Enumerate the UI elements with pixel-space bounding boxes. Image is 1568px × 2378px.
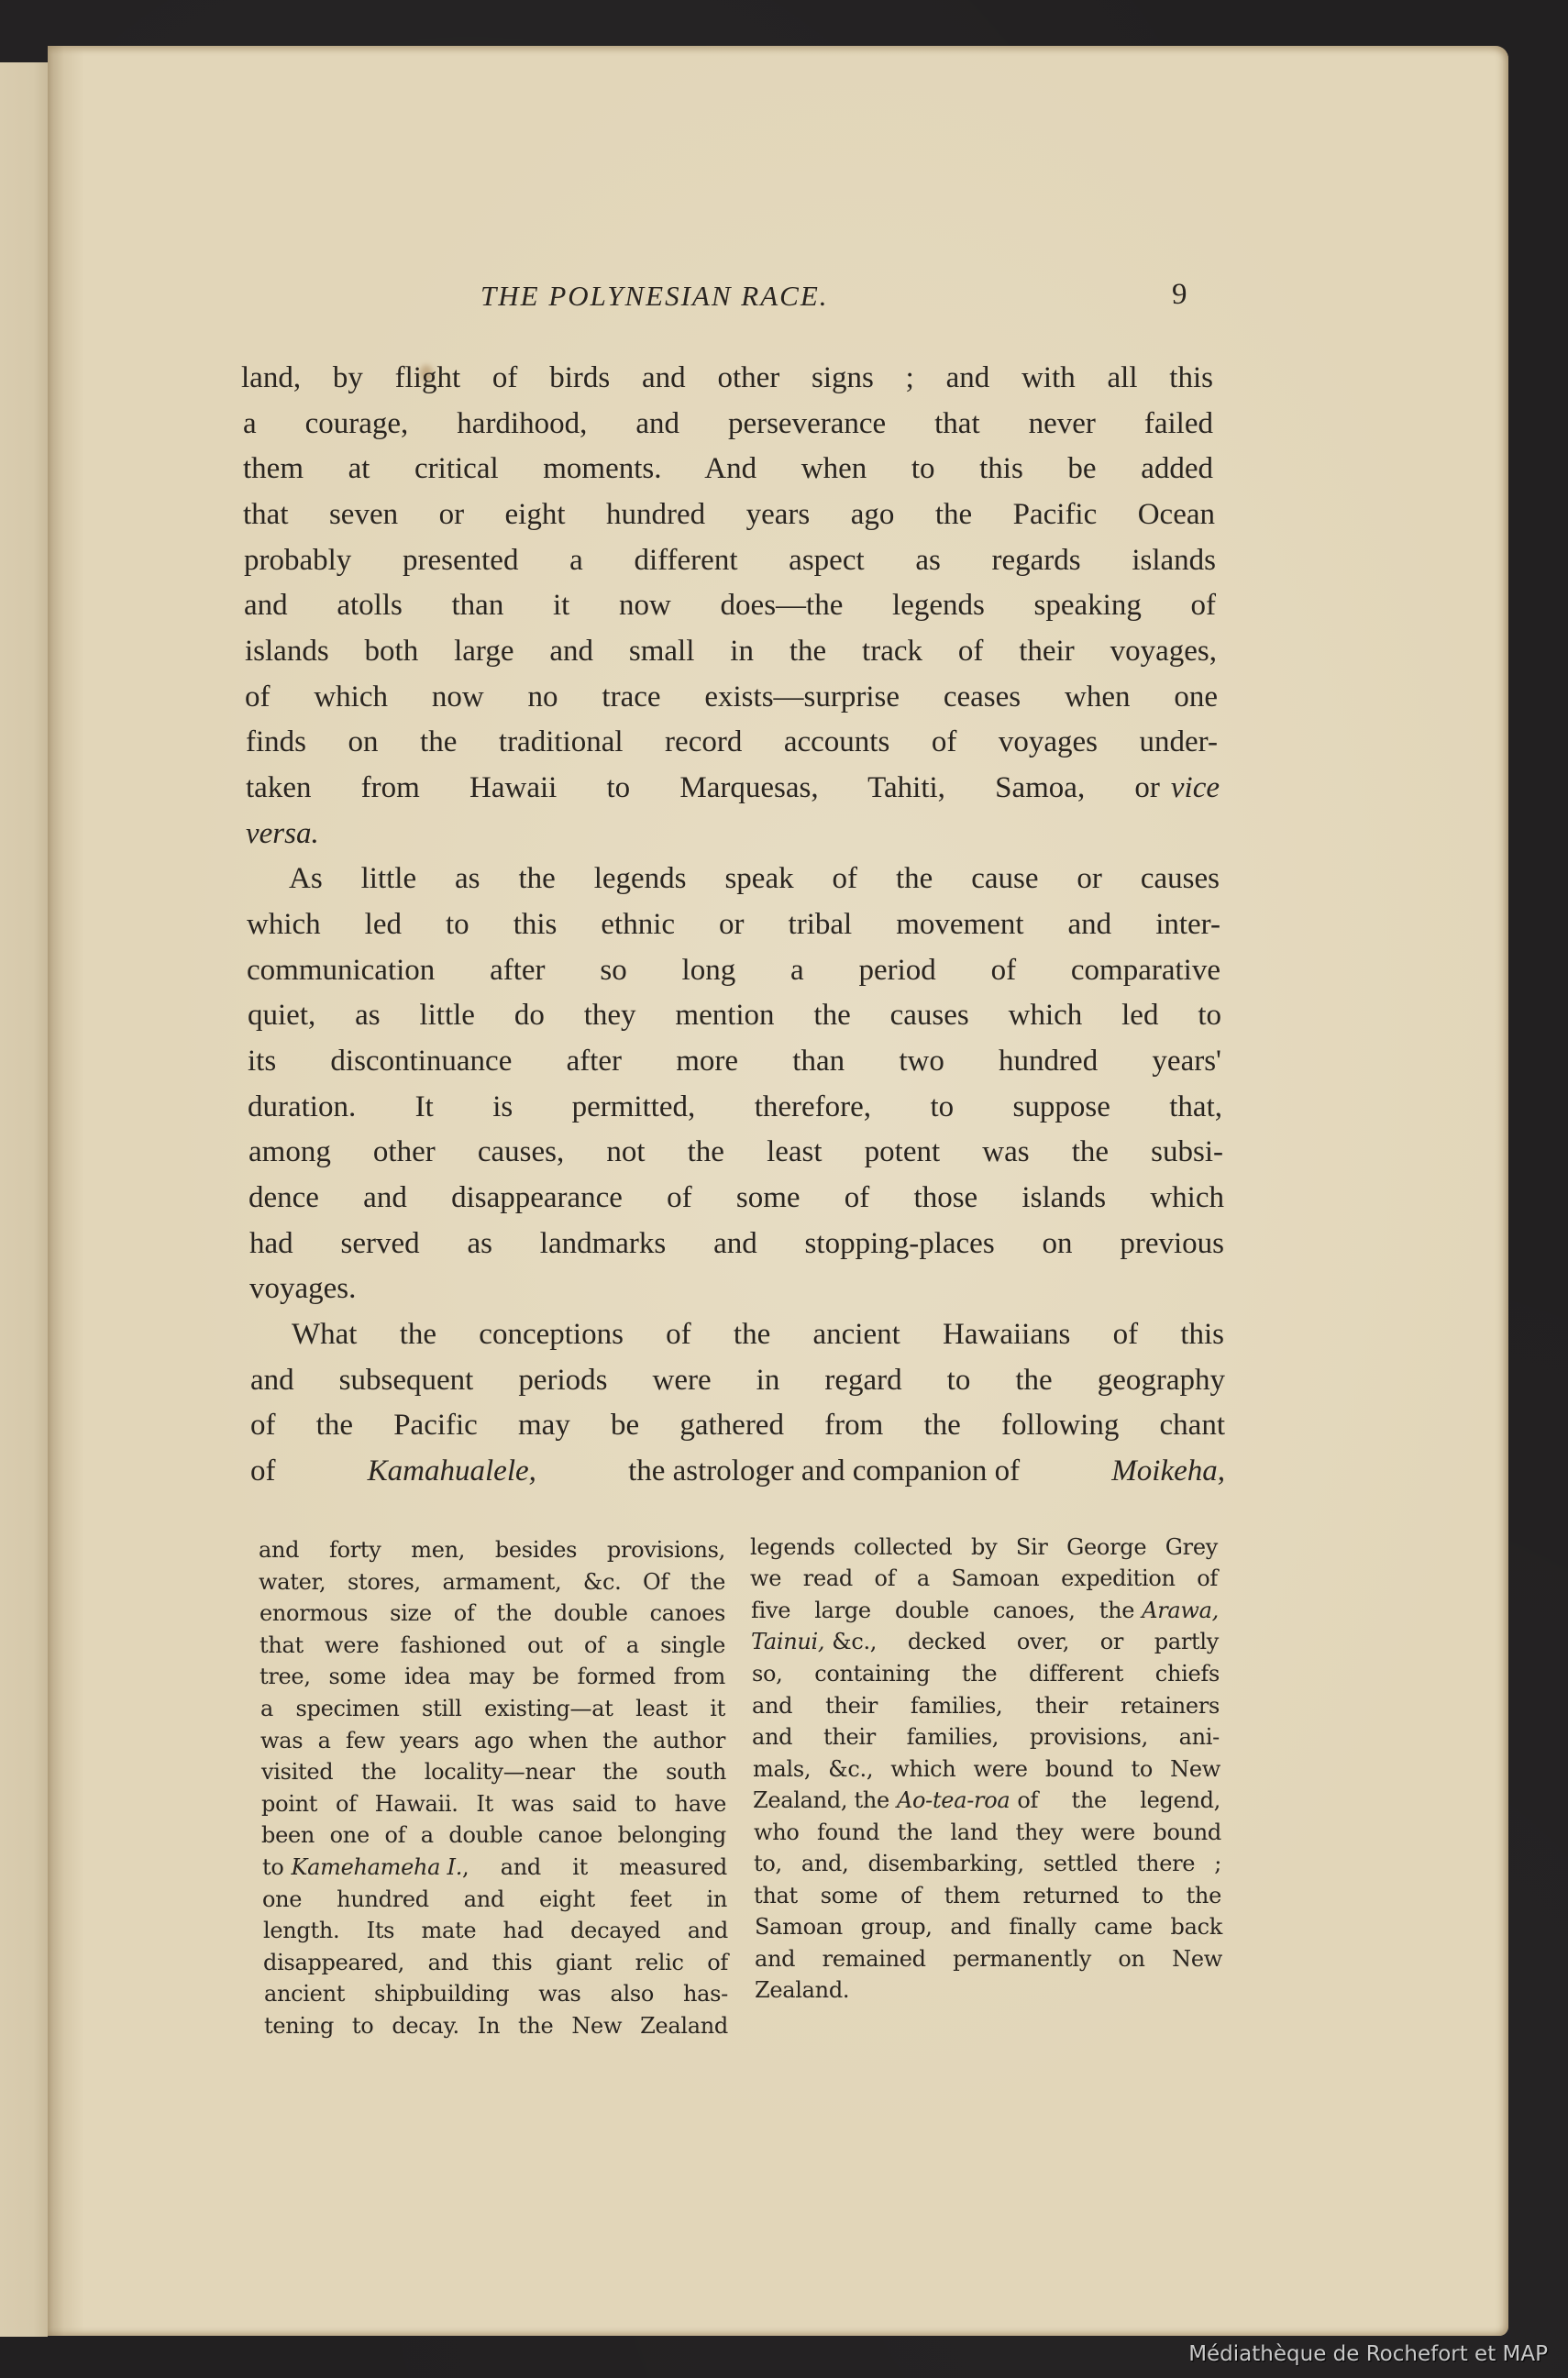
footnote-line: and their families, provisions, ani- [752,1723,1220,1751]
footnote-line: legends collected by Sir George Grey [750,1533,1218,1561]
running-title: THE POLYNESIAN RACE. [480,280,829,313]
footnote-line: was a few years ago when the author [260,1727,725,1754]
body-line: finds on the traditional record accounts… [246,724,1218,760]
body-line: that seven or eight hundred years ago th… [243,496,1215,533]
italic-word: Ao-tea-roa [897,1786,1010,1814]
italic-word: versa. [246,817,319,850]
body-line: of which now no trace exists—surprise ce… [245,679,1218,715]
body-line: among other causes, not the least potent… [248,1134,1223,1170]
italic-word: Kamahualele, [368,1453,536,1489]
footnote-line: and their families, their retainers [752,1692,1220,1720]
italic-word: Tainui, [751,1628,824,1655]
footnote-line: that some of them returned to the [754,1882,1221,1909]
body-line: of Kamahualele, the astrologer and compa… [250,1453,1225,1489]
body-line-text: of [250,1453,276,1489]
page-number: 9 [1172,278,1187,312]
footnote-line: to, and, disembarking, settled there ; [754,1850,1221,1877]
body-line: had served as landmarks and stopping-pla… [249,1225,1224,1262]
footnote-line: one hundred and eight feet in [262,1886,727,1913]
library-watermark: Médiathèque de Rochefort et MAP [1188,2342,1548,2366]
footnote-line: so, containing the different chiefs [752,1660,1220,1687]
footnote-line: Samoan group, and finally came back [755,1913,1222,1941]
body-line: versa. [246,815,521,852]
footnote-line: Zealand, the Ao-tea-roa of the legend, [753,1786,1220,1814]
italic-word: Arawa, [1142,1597,1219,1624]
body-line: and subsequent periods were in regard to… [250,1362,1225,1399]
footnote-text: &c., decked over, or partly [832,1628,1219,1655]
body-line: communication after so long a period of … [247,952,1220,989]
body-line: a courage, hardihood, and perseverance t… [243,405,1213,442]
footnote-line: that were fashioned out of a single [259,1631,725,1659]
footnote-line: length. Its mate had decayed and [263,1917,728,1944]
footnote-line: Zealand. [755,1976,938,2004]
body-line: duration. It is permitted, therefore, to… [248,1089,1222,1125]
footnote-line: to Kamehameha I. , and it measured [262,1853,727,1881]
body-line: and atolls than it now does—the legends … [244,587,1216,624]
footnote-line: and forty men, besides provisions, [259,1536,725,1564]
body-line: islands both large and small in the trac… [245,633,1217,669]
footnote-line: who found the land they were bound [754,1819,1221,1846]
footnote-text: to [262,1853,284,1881]
body-line: quiet, as little do they mention the cau… [248,997,1221,1034]
paragraph-start: What the conceptions of the ancient Hawa… [292,1316,1224,1353]
footnote-text: Zealand, the [753,1786,889,1814]
footnote-line: disappeared, and this giant relic of [263,1949,728,1976]
italic-word: vice [1171,769,1220,806]
footnote-line: visited the locality—near the south [261,1758,726,1786]
body-line: dence and disappearance of some of those… [248,1179,1224,1216]
footnote-line: Tainui, &c., decked over, or partly [751,1628,1219,1655]
footnote-line: tree, some idea may be formed from [259,1663,725,1690]
footnote-line: mals, &c., which were bound to New [753,1755,1220,1783]
footnote-line: enormous size of the double canoes [259,1599,725,1627]
facing-page-edge [0,62,48,2337]
italic-word: Kamehameha I. [292,1853,463,1881]
body-line: which led to this ethnic or tribal movem… [247,906,1220,943]
paragraph-start: As little as the legends speak of the ca… [289,860,1220,897]
footnote-text: of the legend, [1017,1786,1220,1814]
footnote-line: tening to decay. In the New Zealand [264,2012,728,2040]
body-line-text: taken from Hawaii to Marquesas, Tahiti, … [246,769,1160,806]
footnote-line: a specimen still existing—at least it [260,1695,725,1722]
body-line: taken from Hawaii to Marquesas, Tahiti, … [246,769,1220,806]
body-line: probably presented a different aspect as… [244,542,1216,579]
footnote-text: five large double canoes, the [751,1597,1134,1624]
italic-word: Moikeha, [1111,1453,1225,1489]
body-line: land, by flight of birds and other signs… [241,359,1213,396]
gutter-shadow [48,46,84,2336]
footnote-line: five large double canoes, the Arawa, [751,1597,1219,1624]
footnote-line: been one of a double canoe belonging [261,1821,726,1849]
body-line: of the Pacific may be gathered from the … [250,1407,1225,1443]
footnote-line: and remained permanently on New [755,1945,1222,1973]
body-line: voyages. [249,1270,616,1307]
footnote-text: , and it measured [462,1853,727,1881]
footnote-line: we read of a Samoan expedition of [750,1565,1218,1592]
footnote-line: water, stores, armament, &c. Of the [259,1568,725,1596]
body-line-text: the astrologer and companion of [628,1453,1020,1489]
footnote-line: point of Hawaii. It was said to have [261,1790,726,1818]
body-line: its discontinuance after more than two h… [248,1043,1221,1079]
body-line: them at critical moments. And when to th… [243,450,1213,487]
footnote-line: ancient shipbuilding was also has- [264,1980,728,2007]
